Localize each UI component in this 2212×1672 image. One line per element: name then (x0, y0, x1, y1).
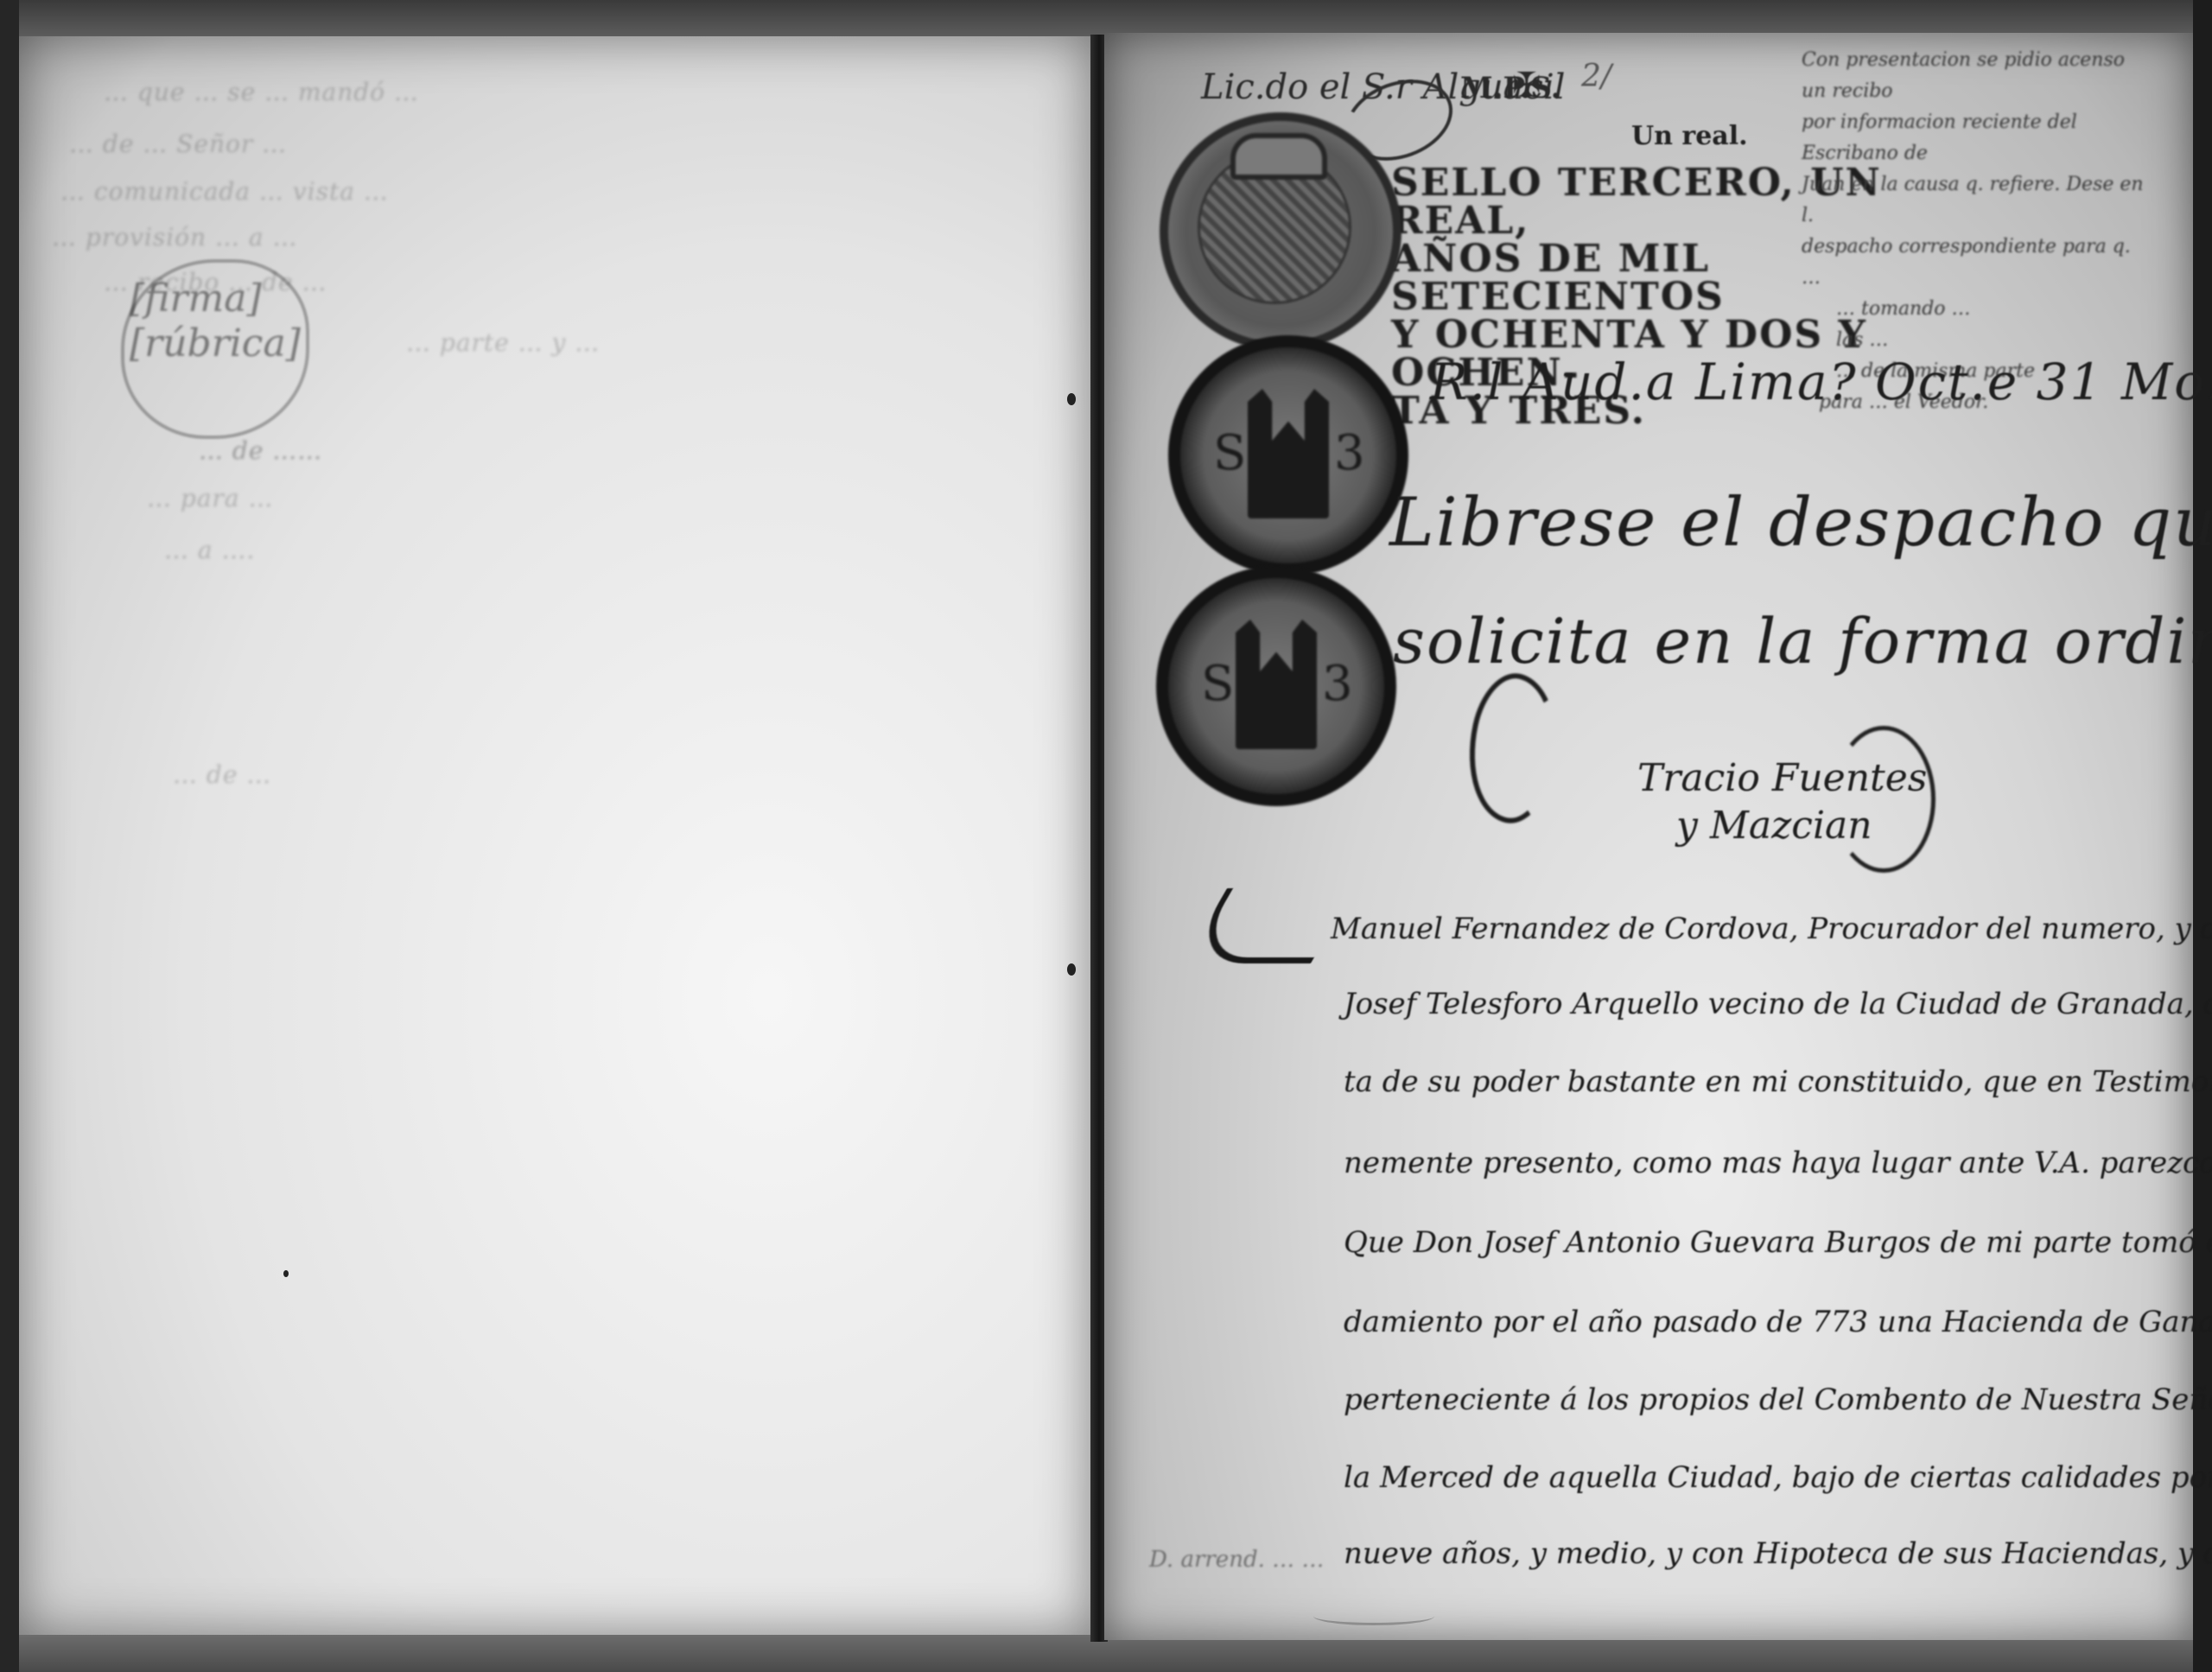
signature-caption: … de …… (199, 436, 322, 465)
body-line: nueve años, y medio, y con Hipoteca de s… (1344, 1536, 2212, 1571)
binding-hole (1067, 393, 1076, 405)
header-mark: M.P.S. (1460, 71, 1560, 105)
faint-line: … para … (147, 484, 274, 512)
left-page-signature: [firma] [rúbrica] (130, 277, 301, 366)
castle-towers-icon (1248, 389, 1329, 518)
royal-arms-seal-icon (1160, 112, 1402, 351)
folio-number: 2/ (1581, 59, 1611, 94)
margin-fragment: D. arrend. … … (1149, 1547, 1324, 1573)
body-line: nemente presento, como mas haya lugar an… (1344, 1146, 2212, 1180)
seal-letter: 3 (1322, 656, 1353, 712)
scan-top-border (0, 0, 2212, 36)
margin-note-line: Juan en la causa q. refiere. Dese en l. (1802, 169, 2147, 232)
cross-icon: ✠ (1512, 66, 1541, 105)
body-line: damiento por el año pasado de 773 una Ha… (1344, 1305, 2212, 1339)
seal-letter: 3 (1334, 425, 1365, 481)
faint-line: … a …. (164, 536, 255, 564)
scan-left-border (0, 0, 19, 1672)
castle-towers-icon (1236, 620, 1317, 749)
crown-icon (1230, 133, 1327, 180)
seal-letter: S (1213, 425, 1246, 481)
castle-seal-icon: S 3 (1168, 335, 1408, 575)
margin-note-line: … tomando … (1802, 294, 2147, 325)
catchword-flourish-icon (1313, 1607, 1434, 1625)
body-line: Que Don Josef Antonio Guevara Burgos de … (1344, 1225, 2212, 1260)
decree-line: Librese el despacho que se (1389, 484, 2212, 562)
body-line: Josef Telesforo Arquello vecino de la Ci… (1344, 987, 2212, 1021)
stamp-value: Un real. (1631, 121, 1748, 151)
faint-line: … que … se … mandó … (104, 78, 419, 106)
faint-line: … provisión … a … (52, 223, 297, 251)
faint-line: … parte … y … (406, 328, 600, 357)
rubric-flourish-icon (1832, 726, 1935, 873)
ink-speck (283, 1270, 289, 1277)
body-line: la Merced de aquella Ciudad, bajo de cie… (1344, 1460, 2212, 1495)
body-line: ta de su poder bastante en mi constituid… (1344, 1065, 2212, 1099)
seal-letter: S (1201, 656, 1234, 712)
margin-note-line: despacho correspondiente para q. … (1802, 232, 2147, 294)
body-line: Manuel Fernandez de Cordova, Procurador … (1331, 912, 2212, 946)
faint-line: … de … Señor … (69, 130, 287, 158)
margin-note-line: por informacion reciente del Escribano d… (1802, 107, 2147, 169)
faint-line: … de … (173, 760, 271, 789)
faint-line: … comunicada … vista … (60, 177, 389, 206)
decree-date: R.l Aud.a Lima? Oct.e 31 Mo. de 1788 (1430, 353, 2212, 411)
margin-note-line: las … (1802, 325, 2147, 356)
signature-line: [firma] (130, 277, 301, 321)
binding-hole (1067, 963, 1076, 976)
signature-line: [rúbrica] (130, 321, 301, 366)
body-line: perteneciente á los propios del Combento… (1344, 1383, 2212, 1417)
decree-line: solicita en la forma ordin.a — (1393, 605, 2212, 677)
margin-note-line: Con presentacion se pidio acenso un reci… (1802, 45, 2147, 107)
scan-right-border (2193, 0, 2212, 1672)
castle-seal-icon: S 3 (1156, 566, 1396, 806)
